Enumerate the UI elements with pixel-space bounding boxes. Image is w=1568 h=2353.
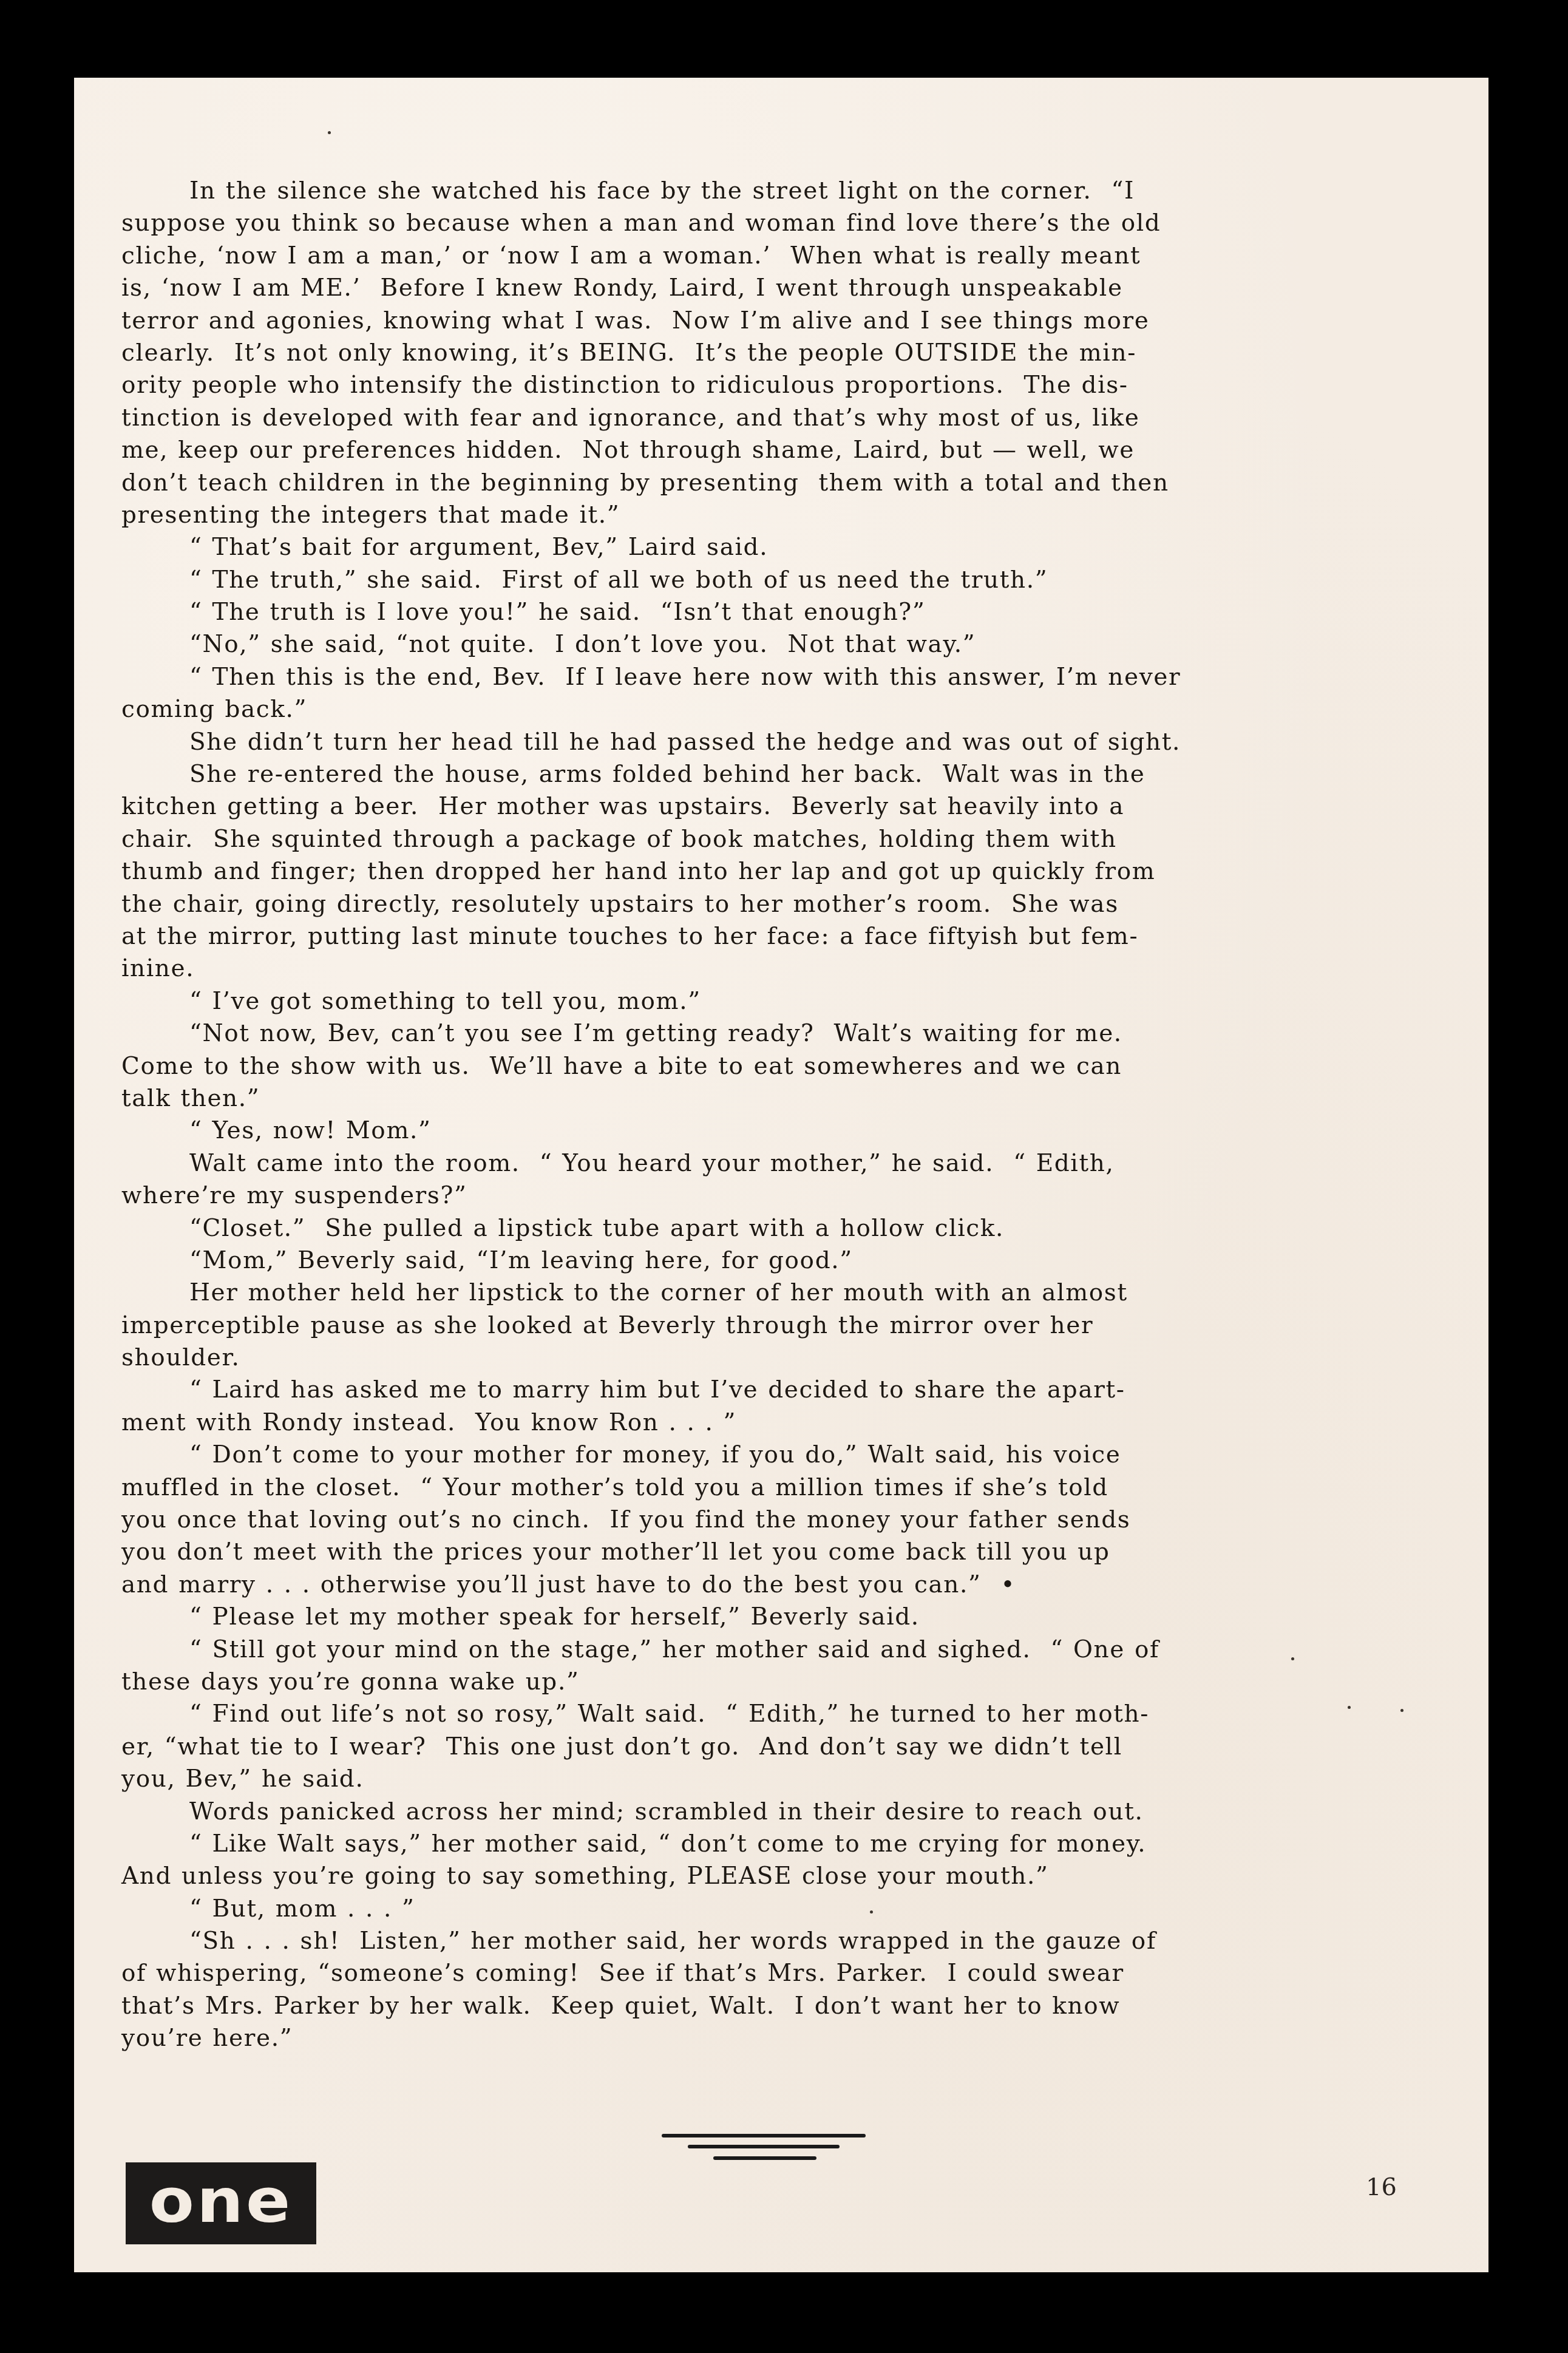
- story-line: Come to the show with us. We’ll have a b…: [121, 1050, 1451, 1082]
- story-line: “ Like Walt says,” her mother said, “ do…: [121, 1828, 1451, 1860]
- story-line: imperceptible pause as she looked at Bev…: [121, 1309, 1451, 1342]
- story-line: where’re my suspenders?”: [121, 1180, 1451, 1212]
- story-line: kitchen getting a beer. Her mother was u…: [121, 790, 1451, 823]
- story-line: you don’t meet with the prices your moth…: [121, 1536, 1451, 1568]
- section-divider-rule: [688, 2145, 840, 2148]
- story-text: In the silence she watched his face by t…: [121, 175, 1451, 2055]
- story-line: “ Still got your mind on the stage,” her…: [121, 1634, 1451, 1666]
- story-line: Words panicked across her mind; scramble…: [121, 1796, 1451, 1828]
- story-line: Walt came into the room. “ You heard you…: [121, 1147, 1451, 1180]
- story-line: is, ‘now I am ME.’ Before I knew Rondy, …: [121, 272, 1451, 304]
- story-line: chair. She squinted through a package of…: [121, 823, 1451, 855]
- story-line: you’re here.”: [121, 2022, 1451, 2054]
- story-line: these days you’re gonna wake up.”: [121, 1666, 1451, 1698]
- story-line: ment with Rondy instead. You know Ron . …: [121, 1407, 1451, 1439]
- story-line: thumb and finger; then dropped her hand …: [121, 855, 1451, 888]
- story-line: “Mom,” Beverly said, “I’m leaving here, …: [121, 1244, 1451, 1277]
- story-line: “ Then this is the end, Bev. If I leave …: [121, 661, 1451, 693]
- story-line: “ The truth,” she said. First of all we …: [121, 564, 1451, 596]
- story-line: tinction is developed with fear and igno…: [121, 402, 1451, 434]
- story-line: “ Yes, now! Mom.”: [121, 1115, 1451, 1147]
- story-line: “ Don’t come to your mother for money, i…: [121, 1439, 1451, 1471]
- story-line: me, keep our preferences hidden. Not thr…: [121, 434, 1451, 466]
- publication-logo-text: one: [149, 2171, 293, 2232]
- story-line: shoulder.: [121, 1342, 1451, 1374]
- magazine-page: In the silence she watched his face by t…: [74, 78, 1488, 2272]
- story-line: “Closet.” She pulled a lipstick tube apa…: [121, 1212, 1451, 1244]
- story-line: “ But, mom . . . ”: [121, 1893, 1451, 1925]
- story-line: clearly. It’s not only knowing, it’s BEI…: [121, 337, 1451, 369]
- story-line: er, “what tie to I wear? This one just d…: [121, 1731, 1451, 1763]
- story-line: at the mirror, putting last minute touch…: [121, 920, 1451, 952]
- story-line: don’t teach children in the beginning by…: [121, 467, 1451, 499]
- story-line: coming back.”: [121, 693, 1451, 725]
- section-divider-rule: [713, 2156, 816, 2160]
- story-line: And unless you’re going to say something…: [121, 1860, 1451, 1892]
- publication-logo: one: [126, 2162, 316, 2244]
- print-speck: [328, 131, 331, 134]
- story-line: the chair, going directly, resolutely up…: [121, 888, 1451, 920]
- story-line: terror and agonies, knowing what I was. …: [121, 305, 1451, 337]
- story-line: suppose you think so because when a man …: [121, 207, 1451, 239]
- story-line: and marry . . . otherwise you’ll just ha…: [121, 1569, 1451, 1601]
- story-line: talk then.”: [121, 1082, 1451, 1115]
- page-number: 16: [1366, 2173, 1397, 2201]
- story-line: cliche, ‘now I am a man,’ or ‘now I am a…: [121, 240, 1451, 272]
- story-line: “ Laird has asked me to marry him but I’…: [121, 1374, 1451, 1406]
- story-line: “ That’s bait for argument, Bev,” Laird …: [121, 531, 1451, 563]
- story-line: In the silence she watched his face by t…: [121, 175, 1451, 207]
- story-line: presenting the integers that made it.”: [121, 499, 1451, 531]
- story-line: that’s Mrs. Parker by her walk. Keep qui…: [121, 1990, 1451, 2022]
- story-line: “No,” she said, “not quite. I don’t love…: [121, 628, 1451, 660]
- story-line: of whispering, “someone’s coming! See if…: [121, 1957, 1451, 1989]
- story-line: muffled in the closet. “ Your mother’s t…: [121, 1472, 1451, 1504]
- story-line: “ Please let my mother speak for herself…: [121, 1601, 1451, 1633]
- story-line: She re-entered the house, arms folded be…: [121, 758, 1451, 790]
- story-line: “ The truth is I love you!” he said. “Is…: [121, 596, 1451, 628]
- story-line: “ I’ve got something to tell you, mom.”: [121, 985, 1451, 1017]
- story-line: “ Find out life’s not so rosy,” Walt sai…: [121, 1698, 1451, 1730]
- story-line: She didn’t turn her head till he had pas…: [121, 726, 1451, 758]
- story-line: Her mother held her lipstick to the corn…: [121, 1277, 1451, 1309]
- story-line: ority people who intensify the distincti…: [121, 369, 1451, 401]
- story-line: inine.: [121, 952, 1451, 985]
- section-divider-rule: [662, 2134, 866, 2137]
- story-line: “Sh . . . sh! Listen,” her mother said, …: [121, 1925, 1451, 1957]
- story-line: you once that loving out’s no cinch. If …: [121, 1504, 1451, 1536]
- story-line: you, Bev,” he said.: [121, 1763, 1451, 1795]
- story-line: “Not now, Bev, can’t you see I’m getting…: [121, 1017, 1451, 1050]
